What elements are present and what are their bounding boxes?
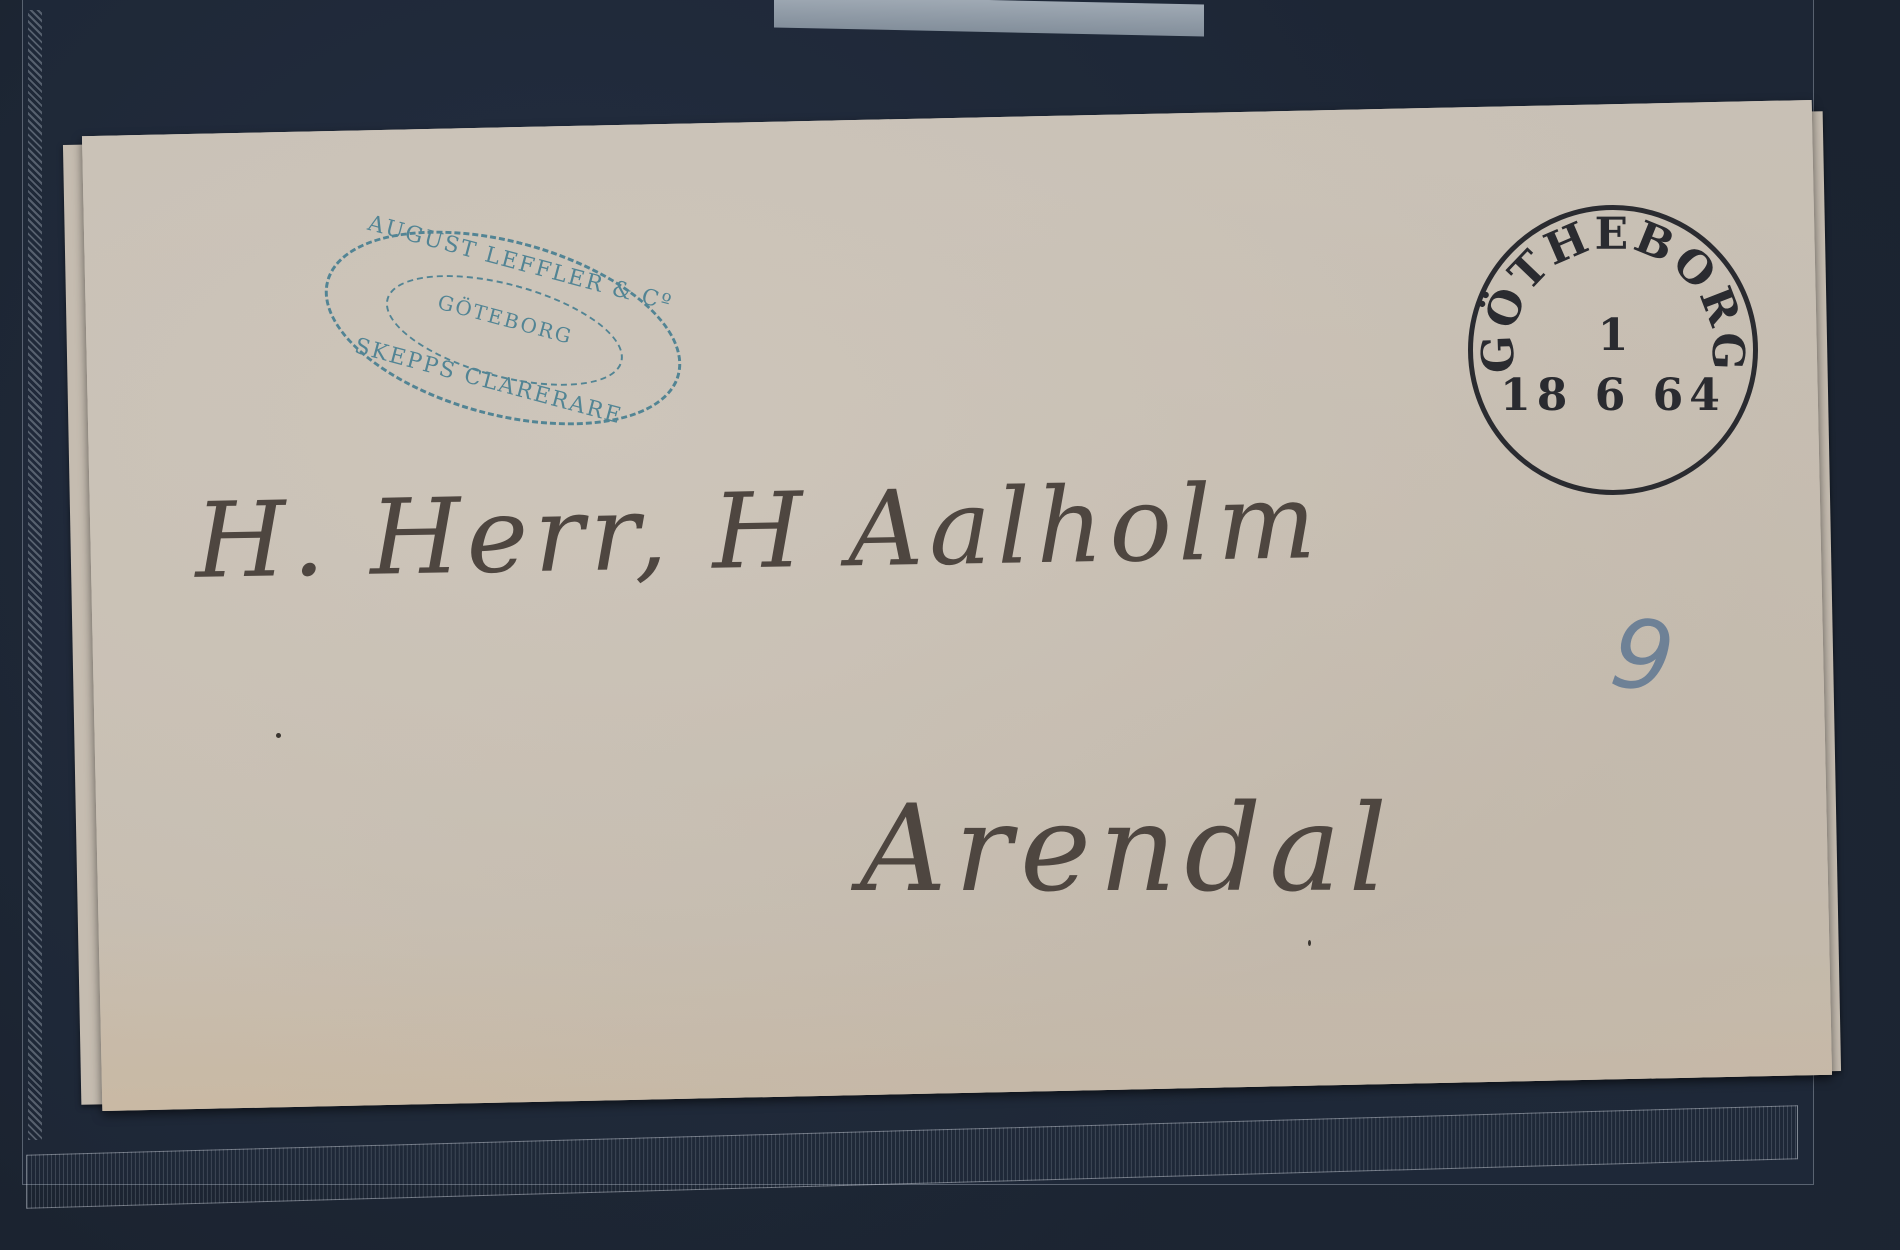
postmark: GÖTHEBORG 1 18 6 64 xyxy=(1468,205,1758,495)
postmark-day: 1 xyxy=(1473,310,1753,361)
destination-city: Arendal xyxy=(860,780,1395,919)
paper-speck xyxy=(1308,940,1311,946)
postmark-date: 18 6 64 xyxy=(1473,370,1753,421)
sleeve-seam xyxy=(28,10,42,1140)
addressee-name: H. Herr, H Aalholm xyxy=(194,460,1323,602)
paper-speck xyxy=(276,733,281,738)
